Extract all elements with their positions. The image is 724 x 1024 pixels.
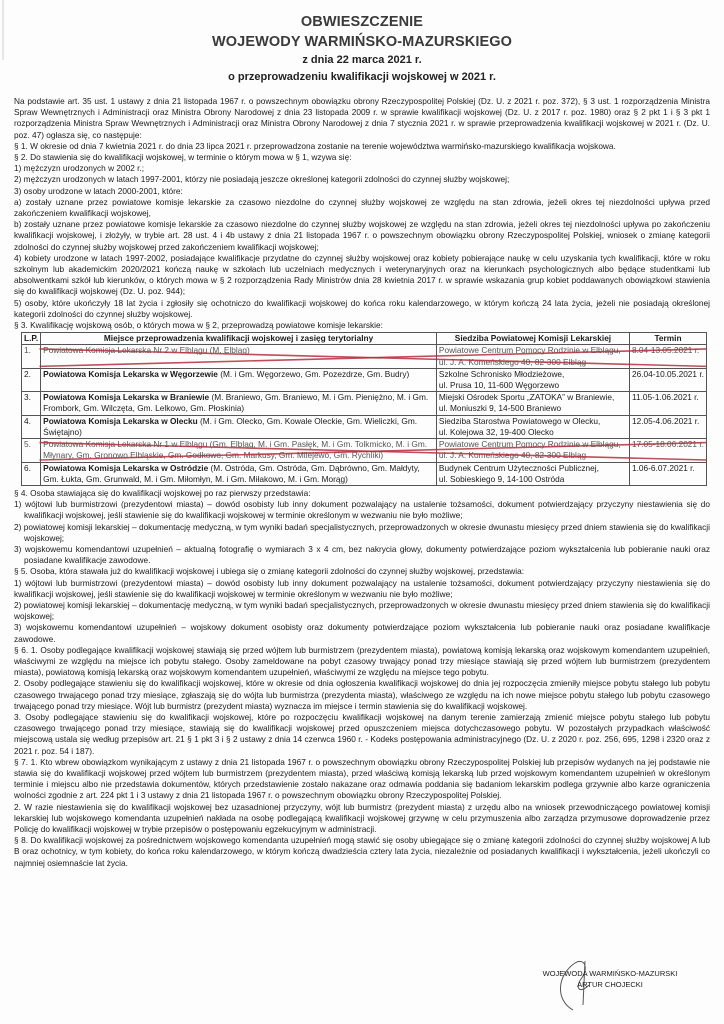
row-term: 11.05-1.06.2021 r.: [629, 392, 706, 415]
section-6-paragraph-3: 3. Osoby podlegające stawieniu się do kw…: [14, 712, 710, 757]
commission-name: Powiatowa Komisja Lekarska w Ostródzie: [43, 463, 208, 473]
column-header-lp: L.P.: [22, 333, 41, 345]
section-6: § 6. 1. Osoby podlegające kwalifikacji w…: [14, 645, 710, 757]
row-commission: Powiatowa Komisja Lekarska w Braniewie (…: [41, 392, 437, 415]
row-seat: Miejski Ośrodek Sportu „ZATOKA” w Branie…: [436, 392, 629, 415]
row-number: 6.: [22, 462, 41, 485]
section-4-item-1: 1) wójtowi lub burmistrzowi (prezydentow…: [14, 499, 710, 521]
row-seat: Powiatowe Centrum Pomocy Rodzinie w Elbl…: [436, 345, 629, 368]
section-4-item-3: 3) wojskowemu komendantowi uzupełnień – …: [14, 544, 710, 566]
table-row: 3.Powiatowa Komisja Lekarska w Braniewie…: [22, 392, 707, 415]
section-5-list: 1) wójtowi lub burmistrzowi (prezydentow…: [14, 578, 710, 645]
row-seat: Szkolne Schronisko Młodzieżowe,ul. Prusa…: [436, 368, 629, 391]
preamble: Na podstawie art. 35 ust. 1 ustawy z dni…: [14, 96, 710, 141]
section-2-item-6: 4) kobiety urodzone w latach 1997-2002, …: [14, 253, 710, 298]
section-2-item-3: 3) osoby urodzone w latach 2000-2001, kt…: [14, 186, 710, 197]
document-body: Na podstawie art. 35 ust. 1 ustawy z dni…: [14, 96, 710, 869]
commission-name: Powiatowa Komisja Lekarska w Olecku: [43, 416, 197, 426]
section-5-item-2: 2) powiatowej komisji lekarskiej – dokum…: [14, 600, 710, 622]
section-2-item-4: a) zostały uznane przez powiatowe komisj…: [14, 197, 710, 219]
section-2-list: 1) mężczyzn urodzonych w 2002 r.;2) mężc…: [14, 163, 710, 320]
table-row: 1.Powiatowa Komisja Lekarska Nr 2 w Elbl…: [22, 345, 707, 368]
commissions-table: L.P. Miejsce przeprowadzenia kwalifikacj…: [21, 332, 707, 486]
section-4-item-2: 2) powiatowej komisji lekarskiej – dokum…: [14, 522, 710, 544]
row-number: 5.: [22, 439, 41, 462]
section-2-item-1: 1) mężczyzn urodzonych w 2002 r.;: [14, 163, 710, 174]
row-commission: Powiatowa Komisja Lekarska w Ostródzie (…: [41, 462, 437, 485]
table-header-row: L.P. Miejsce przeprowadzenia kwalifikacj…: [22, 333, 707, 345]
section-7-paragraph-2: 2. W razie niestawienia się do kwalifika…: [14, 802, 710, 836]
row-number: 2.: [22, 368, 41, 391]
column-header-term: Termin: [629, 333, 706, 345]
table-row: 5.Powiatowa Komisja Lekarska Nr 1 w Elbl…: [22, 439, 707, 462]
table-row: 6.Powiatowa Komisja Lekarska w Ostródzie…: [22, 462, 707, 485]
section-3-intro: § 3. Kwalifikację wojskową osób, o który…: [14, 320, 710, 331]
section-2-item-5: b) zostały uznane przez powiatowe komisj…: [14, 219, 710, 253]
section-6-paragraph-1: § 6. 1. Osoby podlegające kwalifikacji w…: [14, 645, 710, 679]
section-5-item-1: 1) wójtowi lub burmistrzowi (prezydentow…: [14, 578, 710, 600]
section-5-item-3: 3) wojskowemu komendantowi uzupełnień – …: [14, 622, 710, 644]
signatory-name: ARTUR CHOJECKI: [510, 979, 710, 990]
row-term: 8.04-13.05.2021 r.: [629, 345, 706, 368]
section-6-paragraph-2: 2. Osoby podlegające stawieniu się do kw…: [14, 678, 710, 712]
section-2-intro: § 2. Do stawienia się do kwalifikacji wo…: [14, 152, 710, 163]
commission-name: Powiatowa Komisja Lekarska Nr 2 w Elbląg…: [43, 345, 207, 355]
table-row: 4.Powiatowa Komisja Lekarska w Olecku (M…: [22, 415, 707, 438]
section-4-list: 1) wójtowi lub burmistrzowi (prezydentow…: [14, 499, 710, 566]
column-header-seat: Siedziba Powiatowej Komisji Lekarskiej: [436, 333, 629, 345]
section-8: § 8. Do kwalifikacji wojskowej za pośred…: [14, 835, 710, 869]
document-title: OBWIESZCZENIE: [0, 12, 724, 32]
signatory-office: WOJEWODA WARMIŃSKO-MAZURSKI: [510, 968, 710, 979]
row-term: 1.06-6.07.2021 r.: [629, 462, 706, 485]
row-seat: Powiatowe Centrum Pomocy Rodzinie w Elbl…: [436, 439, 629, 462]
commission-name: Powiatowa Komisja Lekarska Nr 1 w Elbląg…: [43, 439, 207, 449]
row-seat: Siedziba Starostwa Powiatowego w Olecku,…: [436, 415, 629, 438]
document-authority: WOJEWODY WARMIŃSKO-MAZURSKIEGO: [0, 32, 724, 52]
section-1: § 1. W okresie od dnia 7 kwietnia 2021 r…: [14, 141, 710, 152]
row-term: 26.04-10.05.2021 r.: [629, 368, 706, 391]
commission-name: Powiatowa Komisja Lekarska w Węgorzewie: [43, 369, 218, 379]
document-header: OBWIESZCZENIE WOJEWODY WARMIŃSKO-MAZURSK…: [0, 12, 724, 86]
commission-area: (M. Elbląg): [207, 345, 249, 355]
signature-block: WOJEWODA WARMIŃSKO-MAZURSKI ARTUR CHOJEC…: [510, 968, 710, 990]
row-seat: Budynek Centrum Użyteczności Publicznej,…: [436, 462, 629, 485]
column-header-place: Miejsce przeprowadzenia kwalifikacji woj…: [41, 333, 437, 345]
row-term: 17.05-18.06.2021 r.: [629, 439, 706, 462]
commission-name: Powiatowa Komisja Lekarska w Braniewie: [43, 392, 209, 402]
row-commission: Powiatowa Komisja Lekarska Nr 2 w Elbląg…: [41, 345, 437, 368]
row-number: 1.: [22, 345, 41, 368]
section-2-item-2: 2) mężczyzn urodzonych w latach 1997-200…: [14, 174, 710, 185]
table-row: 2.Powiatowa Komisja Lekarska w Węgorzewi…: [22, 368, 707, 391]
row-number: 3.: [22, 392, 41, 415]
document-date: z dnia 22 marca 2021 r.: [0, 52, 724, 69]
section-7-paragraph-1: § 7. 1. Kto wbrew obowiązkom wynikającym…: [14, 757, 710, 802]
section-5-intro: § 5. Osoba, która stawała już do kwalifi…: [14, 566, 710, 577]
row-commission: Powiatowa Komisja Lekarska w Olecku (M. …: [41, 415, 437, 438]
section-2-item-7: 5) osoby, które ukończyły 18 lat życia i…: [14, 298, 710, 320]
row-term: 12.05-4.06.2021 r.: [629, 415, 706, 438]
section-4-intro: § 4. Osoba stawiająca się do kwalifikacj…: [14, 488, 710, 499]
row-number: 4.: [22, 415, 41, 438]
row-commission: Powiatowa Komisja Lekarska Nr 1 w Elbląg…: [41, 439, 437, 462]
section-7: § 7. 1. Kto wbrew obowiązkom wynikającym…: [14, 757, 710, 835]
commission-area: (M. i Gm. Węgorzewo, Gm. Pozezdrze, Gm. …: [218, 369, 409, 379]
row-commission: Powiatowa Komisja Lekarska w Węgorzewie …: [41, 368, 437, 391]
document-page: OBWIESZCZENIE WOJEWODY WARMIŃSKO-MAZURSK…: [0, 0, 724, 1024]
document-subject: o przeprowadzeniu kwalifikacji wojskowej…: [0, 69, 724, 86]
